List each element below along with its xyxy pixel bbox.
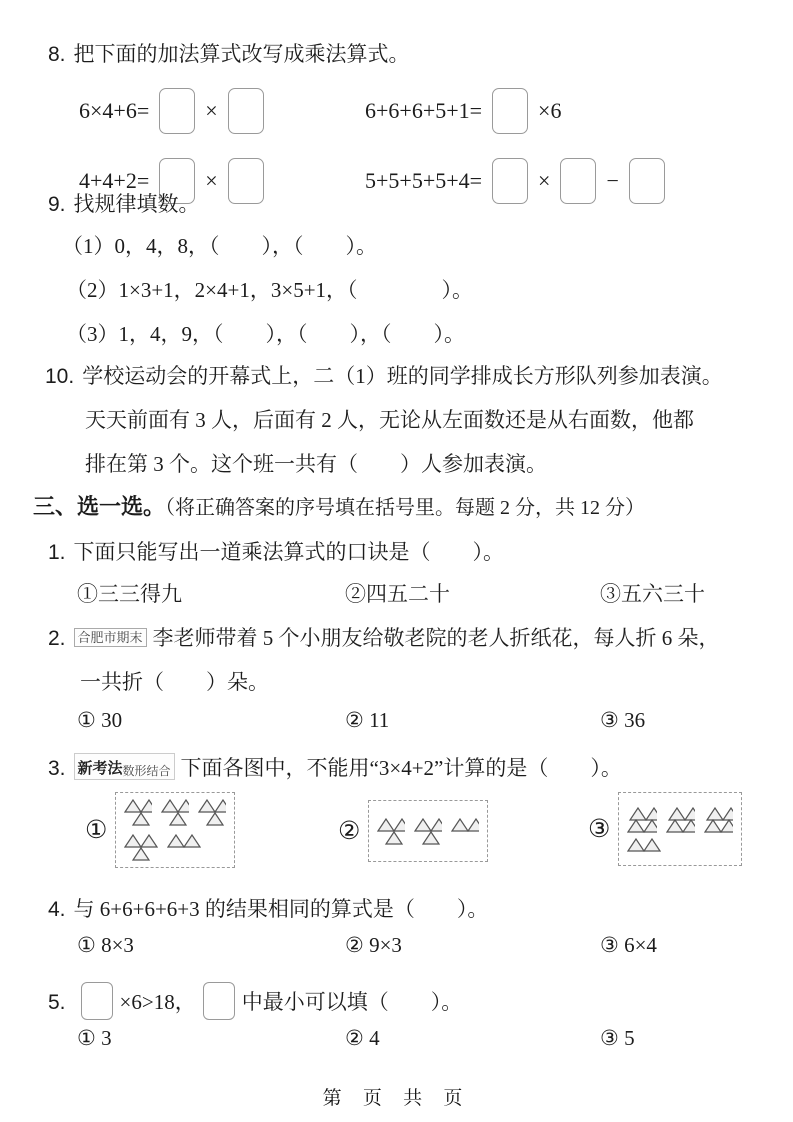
diagram-2-box xyxy=(368,800,488,862)
diagram-1: ① xyxy=(85,792,235,868)
answer-box[interactable] xyxy=(228,88,264,134)
equation-text: 6×4+6= xyxy=(79,98,149,124)
diagram-1-label: ① xyxy=(85,815,107,845)
triangle-group-4-icon xyxy=(666,807,695,833)
q9-item-3: （3）1，4，9，（ ），（ ），（ ）。 xyxy=(66,318,465,348)
triangle-group-3-icon xyxy=(198,799,226,826)
choice-5-title: 5.×6>18，中最小可以填（ ）。 xyxy=(48,982,462,1020)
option-2[interactable]: ②四五二十 xyxy=(345,578,450,608)
q8-equations-row-2: 4+4+2= × 5+5+5+5+4= × − xyxy=(0,158,793,192)
option-1[interactable]: ①三三得九 xyxy=(77,578,182,608)
equation-6666-51: 6+6+6+5+1= ×6 xyxy=(365,88,561,134)
question-10-number: 10. xyxy=(45,365,74,388)
operator-text: − xyxy=(606,168,618,194)
badge-sub-label: 数形结合 xyxy=(123,764,171,778)
page-footer: 第 页 共 页 xyxy=(0,1083,793,1110)
option-3[interactable]: ③ 5 xyxy=(600,1026,635,1051)
choice-5-text-mid: ×6>18， xyxy=(120,990,196,1014)
answer-box[interactable] xyxy=(203,982,235,1020)
option-3[interactable]: ③ 6×4 xyxy=(600,933,657,958)
option-1[interactable]: ① 3 xyxy=(77,1026,112,1051)
question-10-text-1: 学校运动会的开幕式上，二（1）班的同学排成长方形队列参加表演。 xyxy=(82,364,723,388)
diagram-2: ② xyxy=(338,800,488,862)
question-8-number: 8. xyxy=(48,43,66,66)
diagram-3-box xyxy=(618,792,742,866)
choice-2-line-2: 一共折（ ）朵。 xyxy=(80,666,269,696)
option-2[interactable]: ② 9×3 xyxy=(345,933,402,958)
triangle-group-2-icon xyxy=(167,834,201,848)
option-2[interactable]: ② 11 xyxy=(345,708,389,733)
choice-4-options: ① 8×3 ② 9×3 ③ 6×4 xyxy=(0,933,793,967)
triangle-group-2-icon xyxy=(451,818,479,832)
diagram-3-label: ③ xyxy=(588,814,610,844)
triangle-group-3-icon xyxy=(124,799,152,826)
triangle-group-2-icon xyxy=(627,838,661,852)
operator-text: ×6 xyxy=(538,98,561,124)
question-8-text: 把下面的加法算式改写成乘法算式。 xyxy=(74,42,410,66)
answer-box[interactable] xyxy=(228,158,264,204)
q9-item-1: （1）0，4，8，（ ），（ ）。 xyxy=(62,230,377,260)
triangle-group-3-icon xyxy=(161,799,189,826)
diagram-2-label: ② xyxy=(338,816,360,846)
question-9-text: 找规律填数。 xyxy=(74,192,200,216)
new-method-badge: 新考法数形结合 xyxy=(74,753,175,780)
choice-2-text-1: 李老师带着 5 个小朋友给敬老院的老人折纸花，每人折 6 朵， xyxy=(153,626,720,650)
question-10-line-1: 10.学校运动会的开幕式上，二（1）班的同学排成长方形队列参加表演。 xyxy=(45,360,723,390)
triangle-group-4-icon xyxy=(627,807,656,833)
triangle-group-4-icon xyxy=(704,807,733,833)
choice-2-line-1: 2.合肥市期末李老师带着 5 个小朋友给敬老院的老人折纸花，每人折 6 朵， xyxy=(48,622,720,652)
option-2[interactable]: ② 4 xyxy=(345,1026,380,1051)
choice-1-options: ①三三得九 ②四五二十 ③五六三十 xyxy=(0,578,793,612)
option-3[interactable]: ③五六三十 xyxy=(600,578,705,608)
choice-4-text: 与 6+6+6+6+3 的结果相同的算式是（ ）。 xyxy=(74,897,489,921)
choice-5-number: 5. xyxy=(48,991,66,1014)
choice-2-number: 2. xyxy=(48,627,66,650)
choice-5-options: ① 3 ② 4 ③ 5 xyxy=(0,1026,793,1060)
equation-6x4-plus-6: 6×4+6= × xyxy=(79,88,264,134)
answer-box[interactable] xyxy=(629,158,665,204)
option-1[interactable]: ① 8×3 xyxy=(77,933,134,958)
operator-text: × xyxy=(205,168,217,194)
choice-3-text: 下面各图中，不能用“3×4+2”计算的是（ ）。 xyxy=(181,756,622,780)
q9-item-2: （2）1×3+1，2×4+1，3×5+1，（ ）。 xyxy=(66,274,473,304)
question-10-line-3: 排在第 3 个。这个班一共有（ ）人参加表演。 xyxy=(85,448,547,478)
option-3[interactable]: ③ 36 xyxy=(600,708,645,733)
section-3-note: （将正确答案的序号填在括号里。每题 2 分，共 12 分） xyxy=(165,497,645,519)
answer-box[interactable] xyxy=(492,158,528,204)
question-8-title: 8.把下面的加法算式改写成乘法算式。 xyxy=(48,38,410,68)
answer-box[interactable] xyxy=(560,158,596,204)
triangle-group-3-icon xyxy=(377,818,405,845)
operator-text: × xyxy=(205,98,217,124)
triangle-group-3-icon xyxy=(414,818,442,845)
triangle-group-3-icon xyxy=(124,834,158,861)
section-3-header: 三、选一选。（将正确答案的序号填在括号里。每题 2 分，共 12 分） xyxy=(33,490,645,521)
exam-source-badge: 合肥市期末 xyxy=(74,628,147,647)
section-3-title: 三、选一选。 xyxy=(33,494,165,519)
question-9-number: 9. xyxy=(48,193,66,216)
equation-5555-4: 5+5+5+5+4= × − xyxy=(365,158,665,204)
answer-box[interactable] xyxy=(81,982,113,1020)
choice-4-number: 4. xyxy=(48,898,66,921)
answer-box[interactable] xyxy=(492,88,528,134)
operator-text: × xyxy=(538,168,550,194)
choice-5-text-post: 中最小可以填（ ）。 xyxy=(242,990,463,1014)
q8-equations-row-1: 6×4+6= × 6+6+6+5+1= ×6 xyxy=(0,88,793,122)
badge-main-label: 新考法 xyxy=(78,760,123,777)
choice-3-number: 3. xyxy=(48,757,66,780)
question-9-title: 9.找规律填数。 xyxy=(48,188,200,218)
equation-text: 6+6+6+5+1= xyxy=(365,98,482,124)
question-10-line-2: 天天前面有 3 人，后面有 2 人，无论从左面数还是从右面数，他都 xyxy=(85,404,694,434)
choice-3-title: 3.新考法数形结合下面各图中，不能用“3×4+2”计算的是（ ）。 xyxy=(48,752,622,782)
choice-4-title: 4.与 6+6+6+6+3 的结果相同的算式是（ ）。 xyxy=(48,893,488,923)
diagram-3: ③ xyxy=(588,792,742,866)
answer-box[interactable] xyxy=(159,88,195,134)
choice-2-options: ① 30 ② 11 ③ 36 xyxy=(0,708,793,742)
choice-1-title: 1.下面只能写出一道乘法算式的口诀是（ ）。 xyxy=(48,536,504,566)
choice-1-text: 下面只能写出一道乘法算式的口诀是（ ）。 xyxy=(74,540,505,564)
option-1[interactable]: ① 30 xyxy=(77,708,122,733)
choice-1-number: 1. xyxy=(48,541,66,564)
diagram-1-box xyxy=(115,792,235,868)
equation-text: 5+5+5+5+4= xyxy=(365,168,482,194)
